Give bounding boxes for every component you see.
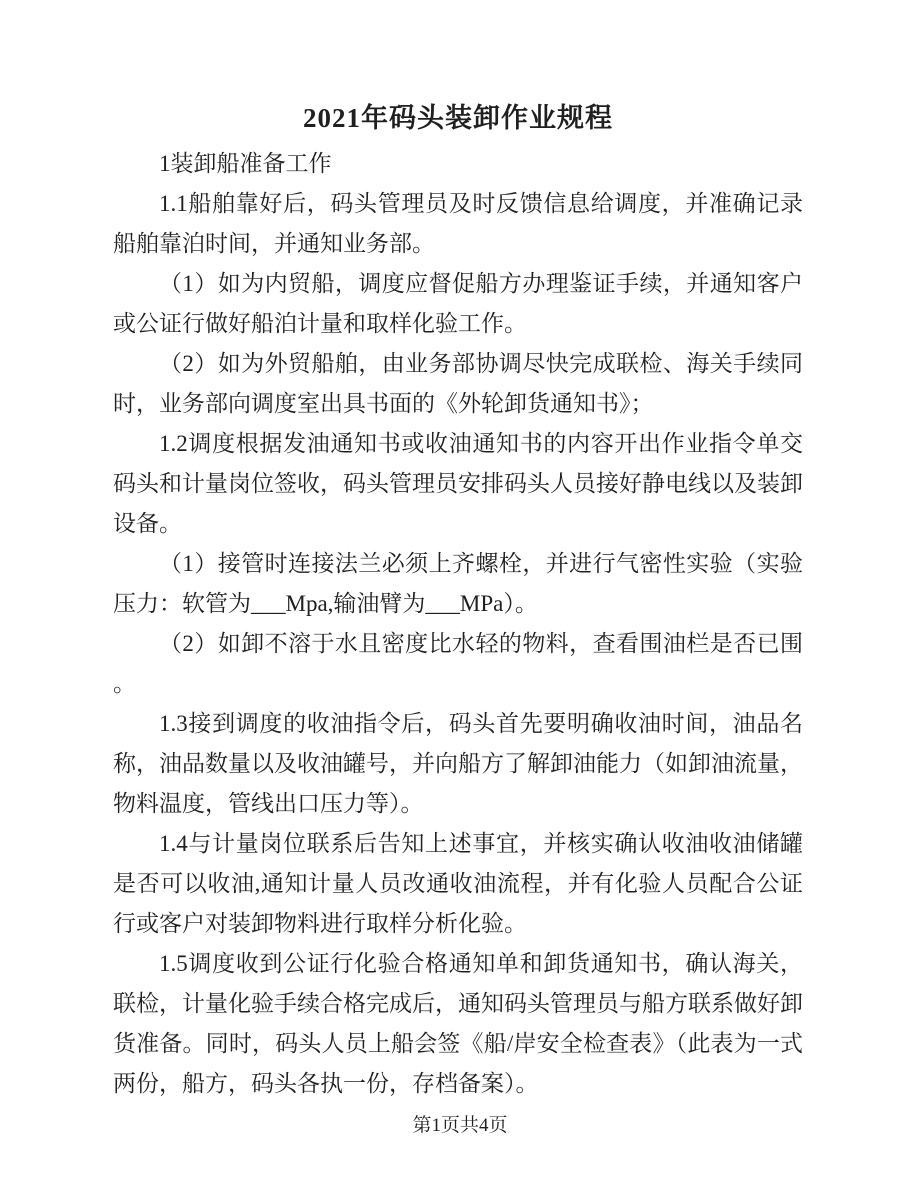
paragraph: （2）如为外贸船舶，由业务部协调尽快完成联检、海关手续同时，业务部向调度室出具书… (113, 344, 803, 424)
paragraph: （1）如为内贸船，调度应督促船方办理鉴证手续，并通知客户或公证行做好船泊计量和取… (113, 264, 803, 344)
paragraph: 1.2调度根据发油通知书或收油通知书的内容开出作业指令单交码头和计量岗位签收，码… (113, 424, 803, 544)
paragraph: （1）接管时连接法兰必须上齐螺栓，并进行气密性实验（实验压力：软管为___Mpa… (113, 544, 803, 624)
document-content: 2021年码头装卸作业规程 1装卸船准备工作1.1船舶靠好后，码头管理员及时反馈… (113, 96, 803, 1104)
paragraph: 1.4与计量岗位联系后告知上述事宜，并核实确认收油收油储罐是否可以收油,通知计量… (113, 824, 803, 944)
paragraph: 1.5调度收到公证行化验合格通知单和卸货通知书，确认海关，联检，计量化验手续合格… (113, 944, 803, 1104)
document-title: 2021年码头装卸作业规程 (113, 96, 803, 140)
paragraph: 1.1船舶靠好后，码头管理员及时反馈信息给调度，并准确记录船舶靠泊时间，并通知业… (113, 184, 803, 264)
paragraph: 1.3接到调度的收油指令后，码头首先要明确收油时间，油品名称，油品数量以及收油罐… (113, 704, 803, 824)
page-number-indicator: 第1页共4页 (412, 1115, 507, 1136)
document-page: 2021年码头装卸作业规程 1装卸船准备工作1.1船舶靠好后，码头管理员及时反馈… (0, 0, 920, 1191)
paragraph: （2）如卸不溶于水且密度比水轻的物料，查看围油栏是否已围。 (113, 624, 803, 704)
document-body: 1装卸船准备工作1.1船舶靠好后，码头管理员及时反馈信息给调度，并准确记录船舶靠… (113, 144, 803, 1104)
page-footer: 第1页共4页 (0, 1112, 920, 1140)
paragraph: 1装卸船准备工作 (113, 144, 803, 184)
